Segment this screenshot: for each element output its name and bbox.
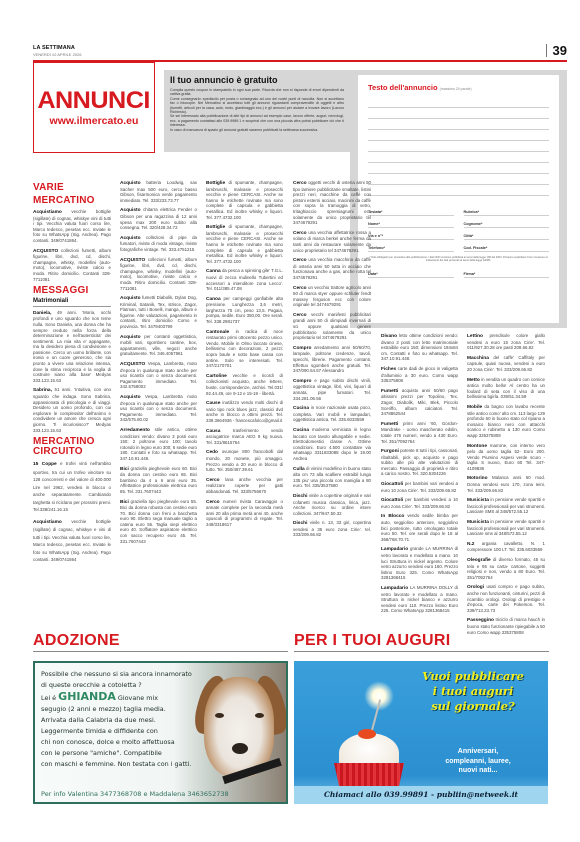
adoption-contact: Per info Valentina 3477368708 e Maddalen… bbox=[41, 790, 229, 798]
classified-ad: Cantonale in radica di noce restaurato p… bbox=[206, 329, 283, 369]
adoption-line: Leggermente timida e diffidente con bbox=[41, 726, 226, 737]
annunci-title: ANNUNCI bbox=[38, 89, 151, 113]
rubrica-field[interactable]: Rubrica* bbox=[464, 204, 550, 216]
masthead: LA SETTIMANA VENERDÌ 10 APRILE 2026 bbox=[33, 45, 81, 57]
coupon-form-title-text: Testo dell'annuncio bbox=[368, 83, 438, 92]
adoption-line: Arrivata dalla Calabria da due mesi. bbox=[41, 715, 226, 726]
classified-ad: Acquisto per contanti oggettistica, mobi… bbox=[120, 334, 197, 357]
classified-ad: Motorino Malanca anni 60 mod. Donna vend… bbox=[467, 475, 545, 493]
publication-name: LA SETTIMANA bbox=[33, 45, 81, 51]
ad-text-line[interactable] bbox=[368, 174, 549, 185]
adoption-name-line: Lei é GHIANDA Giovane mix bbox=[41, 691, 226, 704]
classified-ad: ACQUISTO collezioni fumetti, album figur… bbox=[120, 257, 197, 292]
classified-ad: Acquisto chitarra elettrica Fender o Gib… bbox=[120, 207, 197, 230]
ad-text-line[interactable] bbox=[368, 152, 549, 163]
section-messaggi: MESSAGGI bbox=[33, 286, 111, 296]
dog-name: GHIANDA bbox=[58, 690, 116, 703]
classified-ad: Fiches carte dadi de gioco in valigetta … bbox=[381, 366, 458, 384]
column-1: VARIE MERCATINO Acquistiamo vecchie bott… bbox=[33, 180, 111, 568]
classified-ad: Fumetti acquisto anni 50/60 pago altissi… bbox=[381, 388, 458, 417]
nome-field[interactable]: Nome* bbox=[368, 216, 454, 228]
auguri-headline: Vuoi pubblicare i tuoi auguri sul giorna… bbox=[408, 669, 538, 714]
ad-text-line[interactable] bbox=[368, 119, 549, 130]
classified-ad: ACQUISTO collezioni fumetti, album figur… bbox=[33, 248, 111, 283]
classified-ad: Cause inutilizzo vendo molti dischi di v… bbox=[206, 400, 283, 423]
classified-ad: Giocattoli per bambini vendesi a 10 euro… bbox=[381, 497, 458, 509]
classified-ad: Culla di vimini modellino in buono stato… bbox=[293, 466, 371, 489]
classified-ad: Bici graziella pieghevole euro 60. Bici … bbox=[120, 466, 197, 495]
coupon-info-paragraph: Compila questo coupon in stampatello in … bbox=[170, 88, 344, 97]
auguri-subtext: Anniversari, compleanni, lauree, nuovi n… bbox=[418, 747, 538, 776]
classified-ad: Fumetti primi anni '60, Gordon-Mandrake … bbox=[381, 421, 458, 444]
column-2: Acquisto batteria Loodwig, sax Sacher ma… bbox=[120, 180, 197, 548]
coupon-sign-fields: Data* Firma* bbox=[368, 266, 549, 278]
classified-ad: Dischi vinile n. 13, 33 giri, copertina … bbox=[293, 520, 371, 538]
classified-ad: Cerco lana anche vecchia per realizzare … bbox=[206, 477, 283, 495]
classified-ad: Cedo ovunque 800 francobolli dal mondo, … bbox=[206, 449, 283, 472]
adozione-section: ADOZIONE bbox=[33, 633, 288, 652]
classified-ad: Compro arredamento anni 50/60/70, lampad… bbox=[293, 345, 371, 374]
classified-ad: 15 Coppe e trofei vinti nell'ambito spor… bbox=[33, 460, 111, 514]
classified-ad: Sabrina, 51 anni. 'Intuitiva, con uno sg… bbox=[33, 387, 111, 433]
classified-ad: Cartoline vecchie e ricordi di collezion… bbox=[206, 373, 283, 396]
auguri-contact: Chiamaci allo 039.99891 - publiin@netwee… bbox=[294, 786, 548, 804]
classified-ad: Lampadario LA MURRINA DOLLY di vetro lav… bbox=[381, 585, 458, 614]
classified-ad: Lampadario grande LA MURRINA di vetro la… bbox=[381, 546, 458, 581]
auguri-ad: Vuoi pubblicare i tuoi auguri sul giorna… bbox=[294, 661, 548, 804]
classified-ad: Arredamento stile antico, ottime condizi… bbox=[120, 427, 197, 462]
auguri-section: PER I TUOI AUGURI bbox=[294, 633, 549, 652]
classified-ad: Furgoni potente 8 tutti i tipi, cassonat… bbox=[381, 448, 458, 477]
classified-ad: Macchina del caffe' Caffitaly per capsul… bbox=[467, 355, 545, 373]
adoption-line: Possibile che nessuno si sia ancora inna… bbox=[41, 669, 226, 680]
classified-ad: Acquisto collezioni di pipe da fumatori,… bbox=[120, 235, 197, 253]
telefono-field[interactable]: Telefono* bbox=[368, 240, 454, 252]
section-mercatino-circuito: MERCATINO CIRCUITO bbox=[33, 437, 93, 457]
adoption-line: con maschi e femmine. Non testata con i … bbox=[41, 759, 226, 770]
ad-text-line[interactable] bbox=[368, 185, 549, 196]
classified-ad: N.2 argania cavalletto. N. 1 compressore… bbox=[467, 541, 545, 553]
testata-field[interactable]: Testata* bbox=[368, 204, 454, 216]
adozione-heading: ADOZIONE bbox=[33, 633, 288, 652]
classified-ad: Bici graziella tipo pieghevole euro 55. … bbox=[120, 499, 197, 545]
classified-ad: Cucina in noce nazionale usata poco, com… bbox=[293, 405, 371, 423]
classified-ad: Canna da pesca a spinning gile' T.G.L. n… bbox=[206, 268, 283, 291]
subsection-matrimoniali: Matrimoniali bbox=[33, 299, 111, 307]
citta-field[interactable]: Città* bbox=[464, 228, 550, 240]
classified-ad: Acquisto fumetti Diabolik, Dylan Dog, Kr… bbox=[120, 295, 197, 330]
coupon-form-title: Testo dell'annuncio (massimo 20 parole) bbox=[368, 83, 549, 92]
annunci-url-link[interactable]: www.ilmercato.eu bbox=[50, 115, 139, 127]
classified-ad: Lettino prendisole colore giallo vendesi… bbox=[467, 333, 545, 351]
via-field[interactable]: Via e n°* bbox=[368, 228, 454, 240]
cognome-field[interactable]: Cognome* bbox=[464, 216, 550, 228]
cupcake-image bbox=[334, 681, 404, 796]
classified-ad: Compro e pago subito dischi vinili, ogge… bbox=[293, 378, 371, 401]
auguri-heading: PER I TUOI AUGURI bbox=[294, 633, 549, 652]
classified-ad: ACQUISTO Vespa, Lambretta, moto d'epoca … bbox=[120, 361, 197, 390]
classified-ad: Bottiglie di spumante, champagne, lambru… bbox=[206, 180, 283, 220]
ad-text-line[interactable] bbox=[368, 97, 549, 108]
adoption-text: Possibile che nessuno si sia ancora inna… bbox=[41, 669, 226, 770]
classified-ad: In Blocco vendo sedile bimba per auto, s… bbox=[381, 513, 458, 542]
column-6: Lettino prendisole colore giallo vendesi… bbox=[467, 333, 545, 639]
classified-ad: Causa trasferimento vendo asciugatrice m… bbox=[206, 428, 283, 446]
classified-ad: Musicista in pensione vende spartiti e f… bbox=[467, 497, 545, 515]
classified-ad: Mobile da bagno con lavabo recente stile… bbox=[467, 404, 545, 439]
ad-text-line[interactable] bbox=[368, 141, 549, 152]
column-3: Bottiglie di spumante, champagne, lambru… bbox=[206, 180, 283, 531]
section-mercatino: MERCATINO bbox=[33, 196, 111, 206]
firma-field[interactable]: Firma* bbox=[464, 266, 550, 278]
adoption-line: segugio (2 anni e mezzo) taglia media. bbox=[41, 704, 226, 715]
section-varie: VARIE bbox=[33, 183, 111, 193]
data-field[interactable]: Data* bbox=[368, 266, 454, 278]
ad-text-line[interactable] bbox=[368, 163, 549, 174]
classified-ad: Cerco una vecchia affettatrice rossa a v… bbox=[293, 230, 371, 253]
classified-ad: Orologi usati compro e pago subito, anch… bbox=[467, 584, 545, 613]
classified-ad: Musicista in pensione vende spartiti e f… bbox=[467, 519, 545, 537]
adoption-line: chi non conosce, dolce e molto affettuos… bbox=[41, 737, 226, 748]
column-4: Cerco oggetti vecchi di osteria anni 50 … bbox=[293, 180, 371, 542]
classified-ad: Giocattoli per bambini vari vendesi a eu… bbox=[381, 481, 458, 493]
classified-ad: Acquisto batteria Loodwig, sax Sacher ma… bbox=[120, 180, 197, 203]
column-5: Divano letto ottime condizioni vendo: di… bbox=[381, 333, 458, 618]
classified-ad: Divano letto ottime condizioni vendo: di… bbox=[381, 333, 458, 362]
classified-ad: Cerco un vecchio trattore agricolo anni … bbox=[293, 285, 371, 308]
classified-ad: Acquistiamo vecchie bottiglie (sigillate… bbox=[33, 209, 111, 244]
coupon-info-paragraph: Se sei interessato alla pubblicazione di… bbox=[170, 114, 344, 127]
classified-ad: Cerco numeri rivista Caravaggio o annate… bbox=[206, 499, 283, 528]
ad-text-lines bbox=[368, 97, 549, 196]
classified-ad: Acquistiamo vecchie bottiglie (sigillate… bbox=[33, 518, 111, 564]
ad-text-line[interactable] bbox=[368, 108, 549, 119]
classified-ad: Metto in vendita un quadro con cornice a… bbox=[467, 377, 545, 400]
classified-ad: Dischi vinile a copertine originali e va… bbox=[293, 493, 371, 516]
codice-fiscale-field[interactable]: Cod. Fiscale* bbox=[464, 240, 550, 252]
ad-text-line[interactable] bbox=[368, 130, 549, 141]
coupon-fields: Testata* Rubrica* Nome* Cognome* Via e n… bbox=[368, 204, 549, 252]
coupon-info-paragraph: Come consegnarlo: spediscilo per posta o… bbox=[170, 97, 344, 115]
page-number: 39 bbox=[546, 44, 567, 57]
classified-ad: Oleografie di diverso formato, 45 su tel… bbox=[467, 557, 545, 580]
adoption-line: con le persone "amiche". Compatibile bbox=[41, 748, 226, 759]
coupon-form-title-note: (massimo 20 parole) bbox=[440, 87, 472, 91]
classified-ad: Cerco vecchi manifesti pubblicitari gran… bbox=[293, 312, 371, 341]
coupon-info-paragraph: In caso di mancanza di spazio gli annunc… bbox=[170, 128, 344, 132]
annunci-brand-box: ANNUNCI www.ilmercato.eu bbox=[33, 62, 155, 153]
issue-date: VENERDÌ 10 APRILE 2026 bbox=[33, 52, 81, 57]
classified-ad: Montone marrone, con interno vero pelo d… bbox=[467, 443, 545, 472]
adoption-ad: Possibile che nessuno si sia ancora inna… bbox=[33, 661, 288, 804]
coupon-info-title: Il tuo annuncio è gratuito bbox=[170, 75, 344, 85]
classified-ad: Daniela, 49 anni. 'Moria, occhi profondi… bbox=[33, 310, 111, 384]
privacy-note: * Dati obbligatori per procedere alla pu… bbox=[368, 256, 549, 262]
classified-ad: Bottiglie di spumante, champagne, lambru… bbox=[206, 224, 283, 264]
classified-ad: Acquisto Vespa, Lambretta moto d'epoca i… bbox=[120, 394, 197, 423]
classified-ad: Cerco una vecchia macchina da caffè di o… bbox=[293, 257, 371, 280]
coupon-info-box: Il tuo annuncio è gratuito Compila quest… bbox=[164, 70, 350, 152]
classified-ad: Canoa per campeggi gonfiabile alta press… bbox=[206, 296, 283, 325]
classified-ad: Cucina moderna verniciata in legno lacca… bbox=[293, 427, 371, 462]
classified-ad: Cerco oggetti vecchi di osteria anni 50 … bbox=[293, 180, 371, 226]
coupon-form: Testo dell'annuncio (massimo 20 parole) … bbox=[350, 70, 567, 328]
